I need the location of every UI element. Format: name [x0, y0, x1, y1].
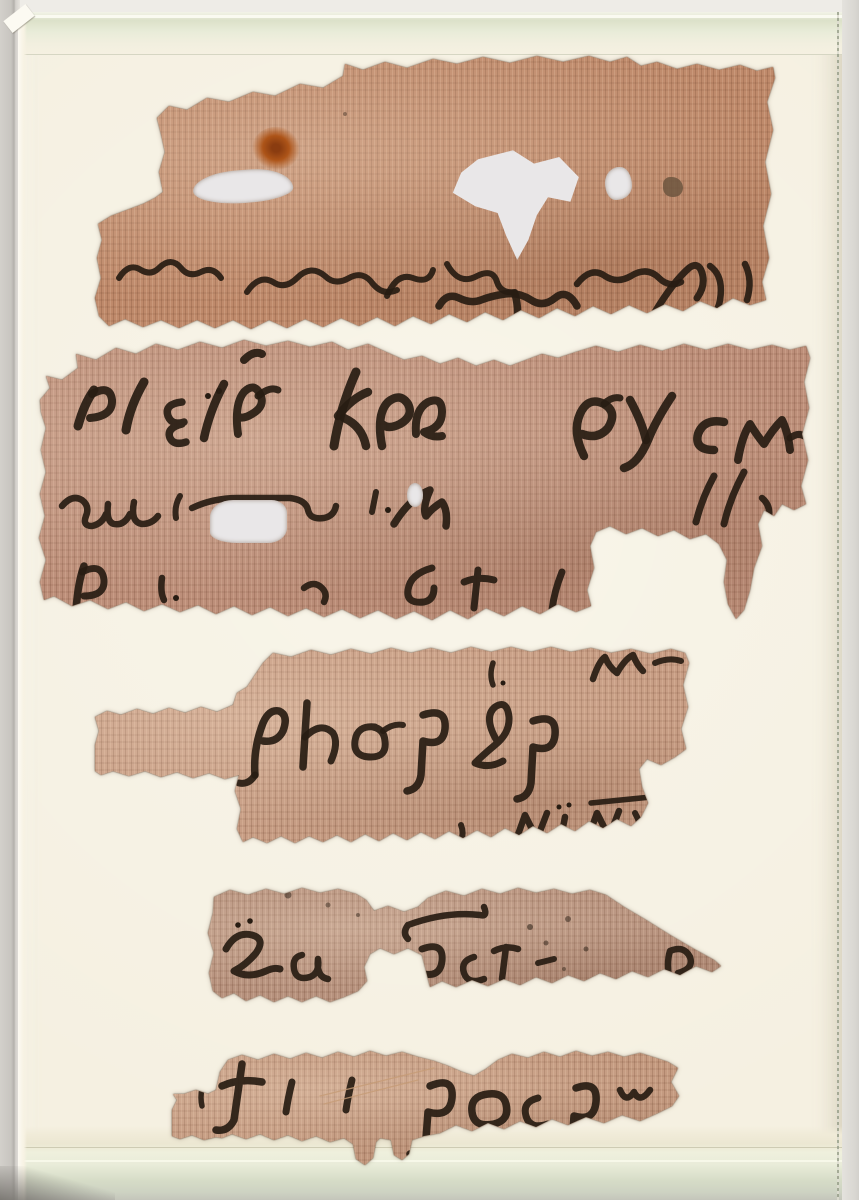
ink-line-3 [459, 797, 651, 845]
fragment-3-ink-writing [95, 645, 690, 855]
fragment-5-ink-writing [172, 1048, 682, 1168]
papyrus-fragment-3 [95, 645, 690, 855]
papyrus-surface-2 [38, 338, 812, 628]
ink-line-1 [491, 655, 681, 686]
ink-line [201, 1064, 650, 1158]
hole [605, 167, 632, 200]
papyrus-fragment-5 [172, 1048, 682, 1168]
ink-line [114, 86, 750, 335]
photograph [0, 0, 859, 1200]
papyrus-surface-3 [95, 645, 690, 855]
papyrus-surface-4 [208, 885, 722, 1007]
ink-line-2 [239, 703, 555, 799]
ink-line-1 [78, 353, 804, 468]
ink-line [226, 892, 691, 992]
photo-background-left [0, 0, 20, 1200]
papyrus-fragment-4 [208, 885, 722, 1007]
photo-background-corner-shadow [0, 1166, 115, 1200]
photo-background-right [842, 0, 859, 1200]
papyrus-surface-1 [95, 54, 775, 336]
glass-top-edge [18, 12, 842, 55]
hole [210, 500, 287, 543]
papyrus-surface-5 [172, 1048, 682, 1168]
glass-right-edge [837, 12, 839, 1200]
glass-top-shine [18, 15, 842, 18]
glass-left-edge [18, 12, 27, 1200]
dark-spot [663, 177, 683, 197]
papyrus-fragment-1 [95, 54, 775, 336]
hole [407, 483, 423, 507]
fragment-2-ink-writing [38, 338, 812, 628]
fragment-4-ink-writing [208, 885, 722, 1007]
papyrus-fragment-2 [38, 338, 812, 628]
ink-line-3 [76, 566, 562, 610]
